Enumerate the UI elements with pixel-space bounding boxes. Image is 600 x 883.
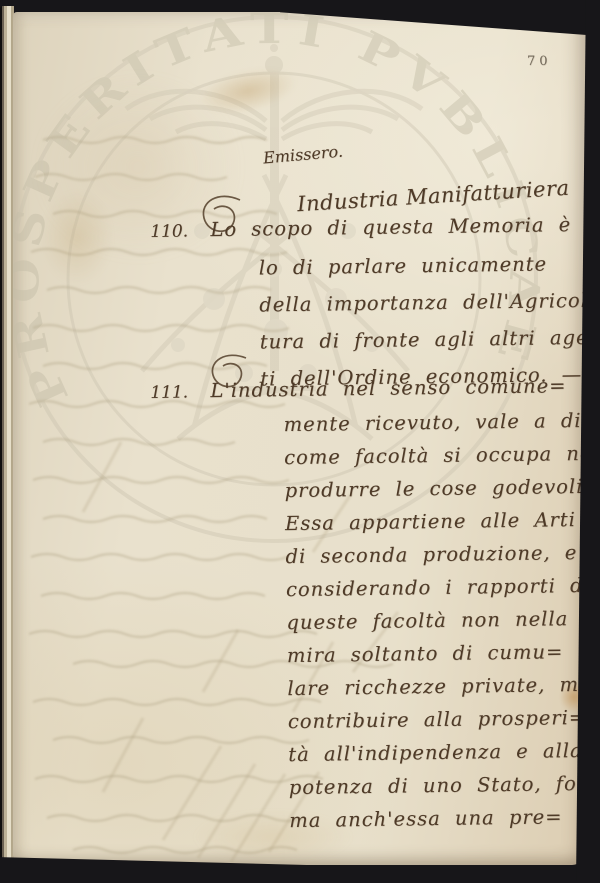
- page-number-stamp: 70: [527, 54, 552, 69]
- manuscript-line: tura di fronte agli altri agen=: [260, 319, 586, 361]
- paragraph-number: 110.: [150, 213, 197, 251]
- manuscript-page: PROSPERITATI PVBLICAE: [13, 12, 586, 865]
- manuscript-line: 111. L'industria nel senso comune=: [150, 369, 586, 410]
- manuscript-line: ma anch'essa una pre= =: [289, 800, 586, 837]
- scanned-manuscript-photo: PROSPERITATI PVBLICAE: [0, 0, 600, 883]
- book-gutter-edge: [0, 6, 14, 872]
- manuscript-line: lo di parlare unicamente: [259, 245, 586, 287]
- manuscript-line: considerando i rapporti di: [286, 569, 586, 606]
- manuscript-line: produrre le cose godevoli. –: [284, 470, 586, 507]
- manuscript-line: tà all'indipendenza e alla: [288, 734, 586, 771]
- manuscript-line: queste facoltà non nella: [286, 602, 586, 639]
- manuscript-line: potenza di uno Stato, for=: [289, 767, 586, 804]
- manuscript-line: Essa appartiene alle Arti: [285, 503, 586, 540]
- manuscript-line: 110. Lo scopo di questa Memoria è quel=: [150, 206, 586, 251]
- paragraph-number: 111.: [150, 376, 196, 410]
- paragraph-111: 111. L'industria nel senso comune= mente…: [150, 369, 586, 839]
- manuscript-line: mira soltanto di cumu=: [287, 635, 586, 672]
- manuscript-line: come facoltà si occupa nel: [284, 437, 586, 474]
- manuscript-line-text: L'industria nel senso comune=: [210, 374, 566, 402]
- manuscript-line: contribuire alla prosperi=: [288, 701, 586, 738]
- manuscript-line: lare ricchezze private, ma =: [287, 668, 586, 705]
- manuscript-line-text: Lo scopo di questa Memoria è quel=: [210, 212, 586, 241]
- manuscript-line: di seconda produzione, e: [285, 536, 586, 573]
- manuscript-line: mente ricevuto, vale a dire: [283, 404, 586, 441]
- manuscript-line: della importanza dell'Agricol=: [259, 282, 586, 324]
